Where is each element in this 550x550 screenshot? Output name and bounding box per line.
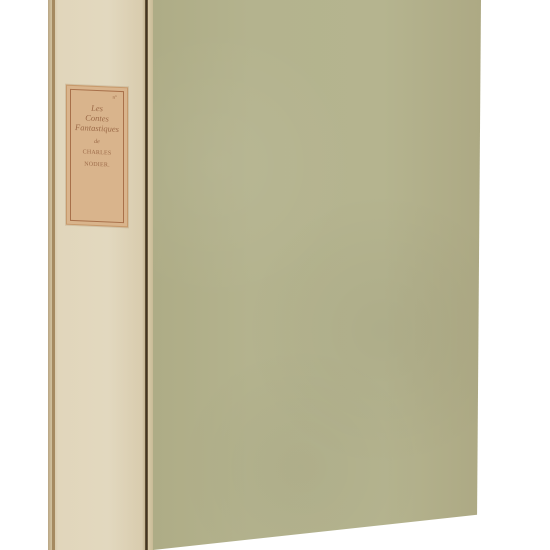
label-title-line: Fantastiques [75,122,119,134]
cover-texture [153,0,481,550]
book-photo: n° Les Contes Fantastiques de CHARLES NO… [0,0,550,550]
label-author-line: CHARLES [83,148,112,157]
label-title-line: Les [91,103,103,114]
book-cover [153,0,481,550]
label-mark: n° [113,96,118,101]
spine-left-edge [52,0,55,550]
label-author-line: NODIER. [84,160,110,169]
label-connector: de [94,139,100,145]
spine-label: n° Les Contes Fantastiques de CHARLES NO… [66,85,128,228]
spine-label-frame: n° Les Contes Fantastiques de CHARLES NO… [70,89,124,223]
slipcase-spine [48,0,148,550]
